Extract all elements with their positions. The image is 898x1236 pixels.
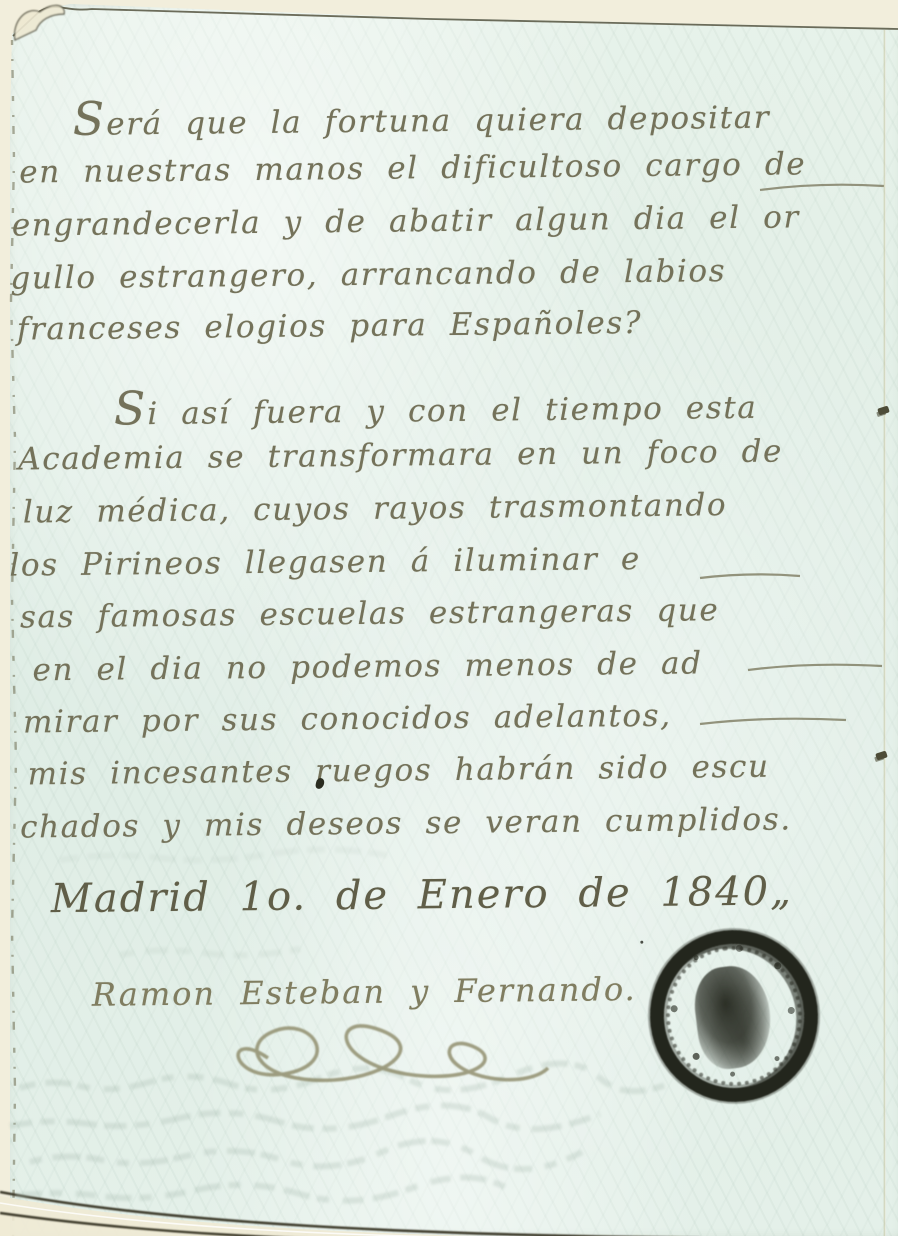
stamp-ink-speckles bbox=[640, 941, 643, 944]
manuscript-line-4: gullo estrangero, arrancando de labios bbox=[10, 253, 726, 296]
right-fold-crease bbox=[883, 30, 886, 1236]
manuscript-line-13: mis incesantes ruegos habrán sido escu bbox=[27, 749, 769, 793]
manuscript-line-8: luz médica, cuyos rayos trasmontando bbox=[23, 487, 728, 530]
ink-stamp-icon bbox=[640, 920, 828, 1111]
signature-text: Ramon Esteban y Fernando. bbox=[92, 970, 637, 1014]
manuscript-line-2: en nuestras manos el dificultoso cargo d… bbox=[19, 146, 806, 190]
manuscript-line-5: franceses elogios para Españoles? bbox=[17, 305, 642, 348]
manuscript-line-14: chados y mis deseos se veran cumplidos. bbox=[20, 801, 792, 845]
manuscript-line-6: Si así fuera y con el tiempo esta bbox=[114, 375, 758, 436]
scanned-page: Será que la fortuna quiera depositar en … bbox=[0, 0, 898, 1236]
manuscript-line-1: Será que la fortuna quiera depositar bbox=[72, 85, 770, 146]
dateline: Madrid 1o. de Enero de 1840„ bbox=[51, 868, 793, 922]
manuscript-line-9: los Pirineos llegasen á iluminar e bbox=[9, 541, 641, 584]
manuscript-line-3: engrandecerla y de abatir algun dia el o… bbox=[12, 199, 800, 243]
manuscript-line-7: Academia se transformara en un foco de bbox=[18, 433, 783, 477]
manuscript-line-10: sas famosas escuelas estrangeras que bbox=[20, 592, 720, 635]
manuscript-line-12: mirar por sus conocidos adelantos, bbox=[23, 698, 672, 741]
manuscript-line-11: en el dia no podemos menos de ad bbox=[32, 645, 702, 688]
